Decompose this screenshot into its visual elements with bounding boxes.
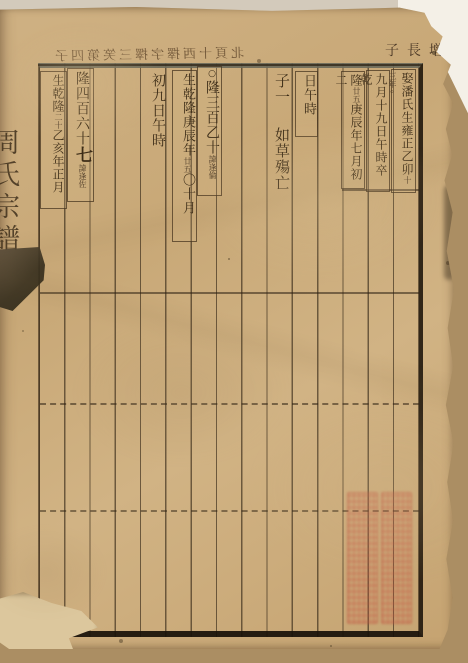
generation-row-divider <box>40 292 419 294</box>
entry-note: 廿五 <box>183 157 192 173</box>
entry-hour: 日午時 <box>295 71 318 137</box>
spine-title: 周氏宗譜 <box>0 128 23 256</box>
entry-note: 二十 <box>54 113 63 129</box>
red-seal-stamp <box>345 492 413 624</box>
genealogy-page: 北頁十西擇字擇三笑第四子 子長增 娶潘氏生雍正乙卯十三年◦ 九月十九日午時卒乾 … <box>0 7 454 649</box>
entry-name-note: 諱逢倫 <box>208 155 217 179</box>
entry-text: 如草殤亡 <box>273 127 291 191</box>
entry-text: 娶潘氏生雍正乙卯 <box>400 72 414 176</box>
entry-death-date-cont: 隆廿五庚辰年七月初二 <box>341 71 365 189</box>
entry-birth-date: 生乾隆庚辰年廿五〇十月 <box>172 70 197 242</box>
page-edge-shadow <box>444 185 454 280</box>
seal-glyph-column <box>347 492 378 624</box>
entry-text: 乙亥年正月 <box>51 129 65 194</box>
entry-text: 隆 <box>349 74 363 87</box>
entry-text: 隆三百乙十 <box>204 80 220 155</box>
entry-text: 初九日午時 <box>150 73 166 148</box>
entry-text: 生乾隆 <box>51 74 65 113</box>
text-gap <box>282 105 283 127</box>
entry-name-note: 諱逢佐 <box>78 164 87 188</box>
entry-text: 〇十月 <box>180 173 195 215</box>
entry-text-bold: 七 <box>72 146 92 164</box>
entry-text: 生乾隆庚辰年 <box>180 73 195 157</box>
generation-row-divider <box>40 403 419 405</box>
seal-glyph-column <box>381 492 412 624</box>
entry-death-date: 九月十九日午時卒乾 <box>366 70 390 192</box>
entry-note: 廿五 <box>352 87 361 103</box>
entry-birth-date: 生乾隆二十乙亥年正月 <box>40 71 67 209</box>
scanned-page-photo: 北頁十西擇字擇三笑第四子 子長增 娶潘氏生雍正乙卯十三年◦ 九月十九日午時卒乾 … <box>0 0 468 663</box>
entry-person-rank: ○隆三百乙十諱逢倫 <box>197 66 222 196</box>
entry-text: 日午時 <box>301 74 316 116</box>
entry-text: 子一 <box>273 73 291 105</box>
circle-mark: ○ <box>207 69 217 80</box>
entry-birth-day-hour: 初九日午時 <box>147 73 166 173</box>
entry-sons: 子一如草殤亡 <box>271 73 291 231</box>
entry-text: 隆四百六十 <box>74 71 90 146</box>
entry-spouse-birth: 娶潘氏生雍正乙卯十三年◦ <box>391 69 416 193</box>
entry-person-rank: 隆四百六十七諱逢佐 <box>67 68 94 202</box>
